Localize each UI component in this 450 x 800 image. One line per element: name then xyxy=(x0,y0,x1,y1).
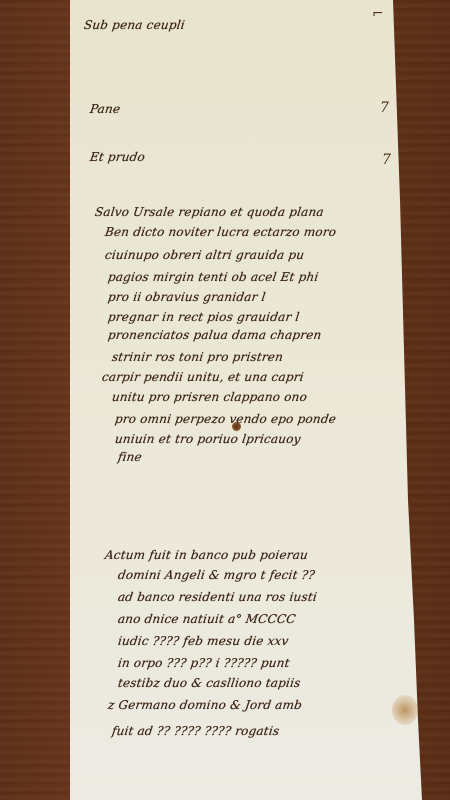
text-line: domini Angeli & mgro t fecit ?? xyxy=(117,568,316,582)
text-line: fuit ad ?? ???? ???? rogatis xyxy=(111,724,280,738)
margin-mark-1: ⌐ xyxy=(372,6,384,22)
water-stain xyxy=(392,695,418,725)
text-line: ciuinupo obreri altri grauida pu xyxy=(104,248,305,262)
heading-3: Et prudo xyxy=(89,150,146,164)
text-line: pagios mirgin tenti ob acel Et phi xyxy=(107,270,319,284)
text-line: ad banco residenti una ros iusti xyxy=(117,590,318,604)
margin-mark-2: 7 xyxy=(380,100,389,116)
heading-2: Pane xyxy=(89,102,121,116)
text-line: Ben dicto noviter lucra ectarzo moro xyxy=(104,225,337,239)
heading-1: Sub pena ceupli xyxy=(83,18,186,32)
text-line: carpir pendii unitu, et una capri xyxy=(101,370,305,384)
text-line: iudic ???? feb mesu die xxv xyxy=(117,634,290,648)
text-line: pro ii obravius granidar l xyxy=(107,290,267,304)
text-line: ano dnice natiuit a° MCCCC xyxy=(117,612,297,626)
text-line: fine xyxy=(117,450,143,464)
margin-mark-3: 7 xyxy=(382,152,391,168)
text-line: in orpo ??? p?? i ????? punt xyxy=(117,656,291,670)
text-line: pronenciatos palua dama chapren xyxy=(107,328,323,342)
photograph: Sub pena ceupli Pane Et prudo ⌐ 7 7 Salv… xyxy=(0,0,450,800)
text-line: pregnar in rect pios grauidar l xyxy=(107,310,300,324)
text-line: unitu pro prisren clappano ono xyxy=(111,390,308,404)
text-line: Salvo Ursale repiano et quoda plana xyxy=(94,205,325,219)
text-line: testibz duo & caslliono tapiis xyxy=(117,676,302,690)
text-line: uniuin et tro poriuo lpricauoy xyxy=(114,432,302,446)
text-line: Actum fuit in banco pub poierau xyxy=(104,548,309,562)
text-line: z Germano domino & Jord amb xyxy=(107,698,303,712)
text-line: strinir ros toni pro pristren xyxy=(111,350,284,364)
text-line: pro omni perpezo vendo epo ponde xyxy=(114,412,337,426)
